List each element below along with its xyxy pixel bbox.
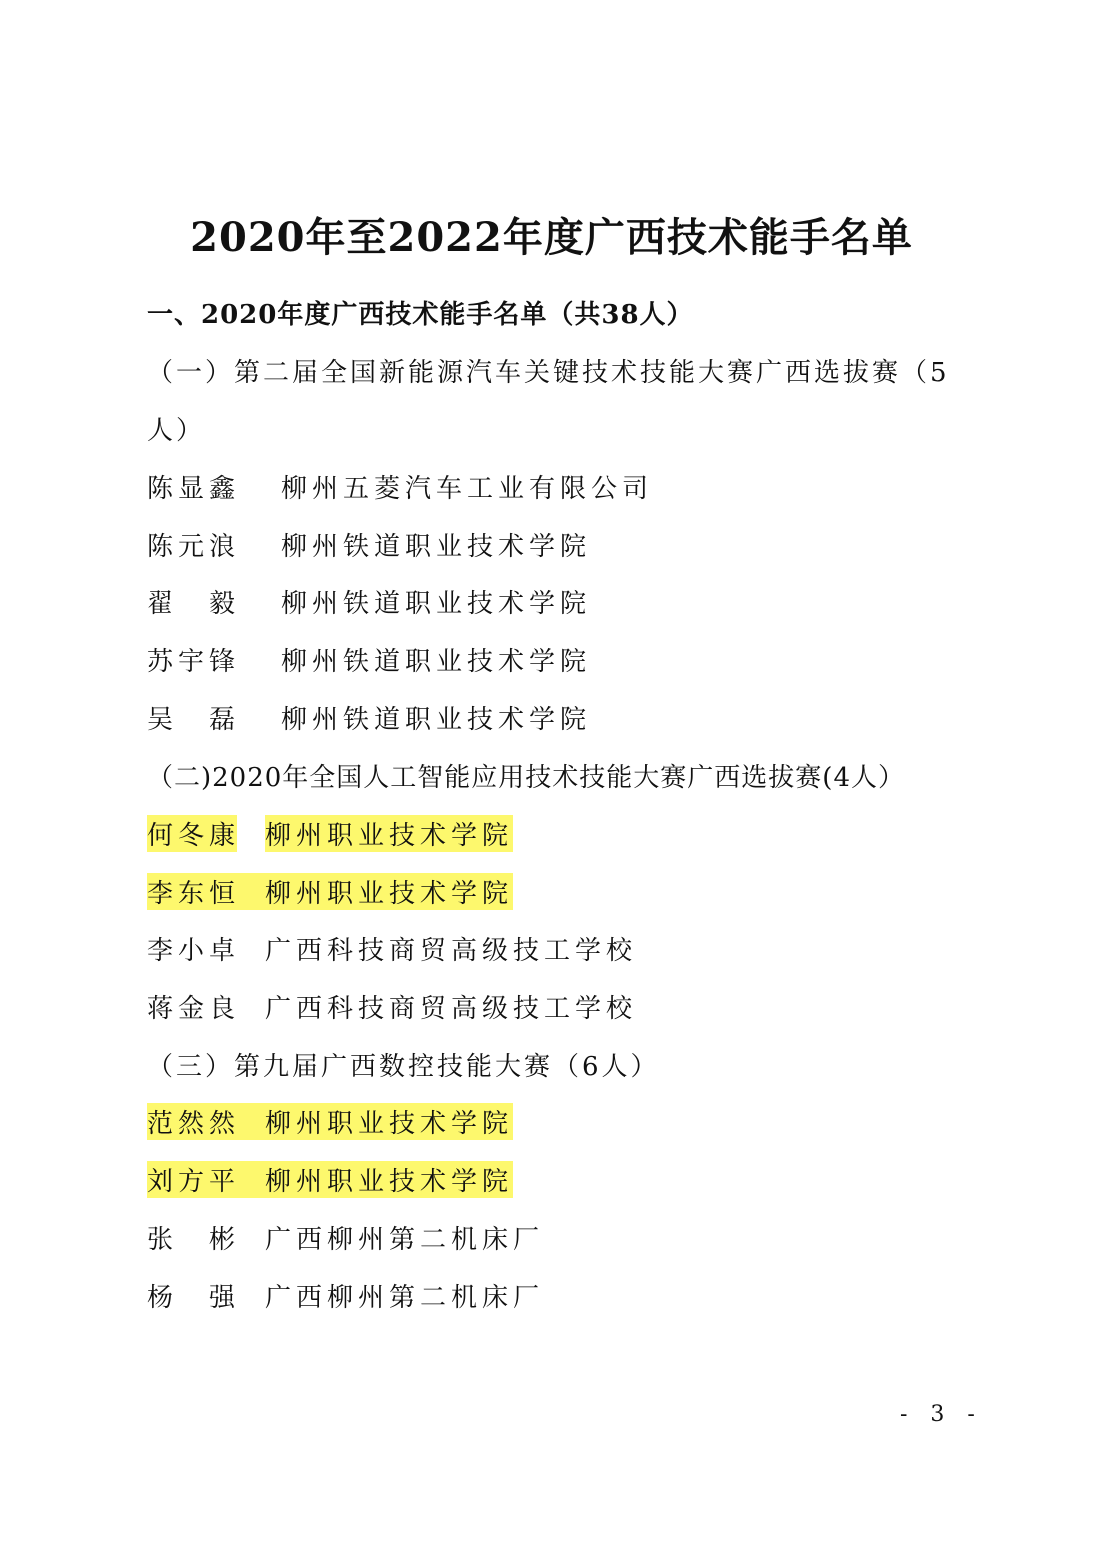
list-item: 何冬康 柳州职业技术学院	[147, 815, 513, 852]
person-name: 陈元浪	[147, 526, 281, 563]
person-name: 苏宇锋	[147, 641, 281, 678]
list-item: 范然然 柳州职业技术学院	[147, 1103, 513, 1140]
person-name: 蒋金良	[147, 988, 265, 1025]
page-number: - 3 -	[900, 1402, 983, 1427]
person-name: 范然然	[147, 1103, 265, 1140]
list-item: 张 彬 广西柳州第二机床厂	[147, 1219, 544, 1256]
list-item: 蒋金良 广西科技商贸高级技工学校	[147, 988, 637, 1025]
person-name: 张 彬	[147, 1219, 265, 1256]
list-item: 陈元浪 柳州铁道职业技术学院	[147, 526, 591, 563]
person-name: 杨 强	[147, 1277, 265, 1314]
person-org: 广西柳州第二机床厂	[265, 1277, 544, 1314]
person-org: 广西柳州第二机床厂	[265, 1219, 544, 1256]
person-org: 柳州职业技术学院	[265, 873, 513, 910]
person-org: 柳州铁道职业技术学院	[281, 641, 591, 678]
list-item: 李小卓 广西科技商贸高级技工学校	[147, 930, 637, 967]
document-title: 2020年至2022年度广西技术能手名单	[0, 206, 1103, 263]
list-item: 苏宇锋 柳州铁道职业技术学院	[147, 641, 591, 678]
person-org: 柳州铁道职业技术学院	[281, 583, 591, 620]
person-name: 李东恒	[147, 873, 265, 910]
person-org: 柳州职业技术学院	[265, 1161, 513, 1198]
person-name: 李小卓	[147, 930, 265, 967]
list-item: 陈显鑫 柳州五菱汽车工业有限公司	[147, 468, 653, 505]
group-3-heading: （三）第九届广西数控技能大赛（6人）	[147, 1046, 660, 1083]
person-org: 柳州铁道职业技术学院	[281, 526, 591, 563]
person-org: 广西科技商贸高级技工学校	[265, 930, 637, 967]
person-name: 吴 磊	[147, 699, 281, 736]
group-2-heading: （二)2020年全国人工智能应用技术技能大赛广西选拔赛(4人）	[147, 757, 905, 794]
list-item: 翟 毅 柳州铁道职业技术学院	[147, 583, 591, 620]
list-item: 刘方平 柳州职业技术学院	[147, 1161, 513, 1198]
group-1-heading-cont: 人）	[147, 410, 205, 447]
person-name: 刘方平	[147, 1161, 265, 1198]
list-item: 杨 强 广西柳州第二机床厂	[147, 1277, 544, 1314]
group-1-heading: （一）第二届全国新能源汽车关键技术技能大赛广西选拔赛（5	[147, 352, 950, 389]
section-heading: 一、2020年度广西技术能手名单（共38人）	[147, 294, 694, 331]
person-org: 柳州五菱汽车工业有限公司	[281, 468, 653, 505]
person-org: 柳州职业技术学院	[265, 815, 513, 852]
person-name: 陈显鑫	[147, 468, 281, 505]
list-item: 吴 磊 柳州铁道职业技术学院	[147, 699, 591, 736]
person-name: 何冬康	[147, 815, 237, 852]
person-org: 广西科技商贸高级技工学校	[265, 988, 637, 1025]
person-org: 柳州铁道职业技术学院	[281, 699, 591, 736]
person-org: 柳州职业技术学院	[265, 1103, 513, 1140]
person-name: 翟 毅	[147, 583, 281, 620]
list-item: 李东恒 柳州职业技术学院	[147, 873, 513, 910]
